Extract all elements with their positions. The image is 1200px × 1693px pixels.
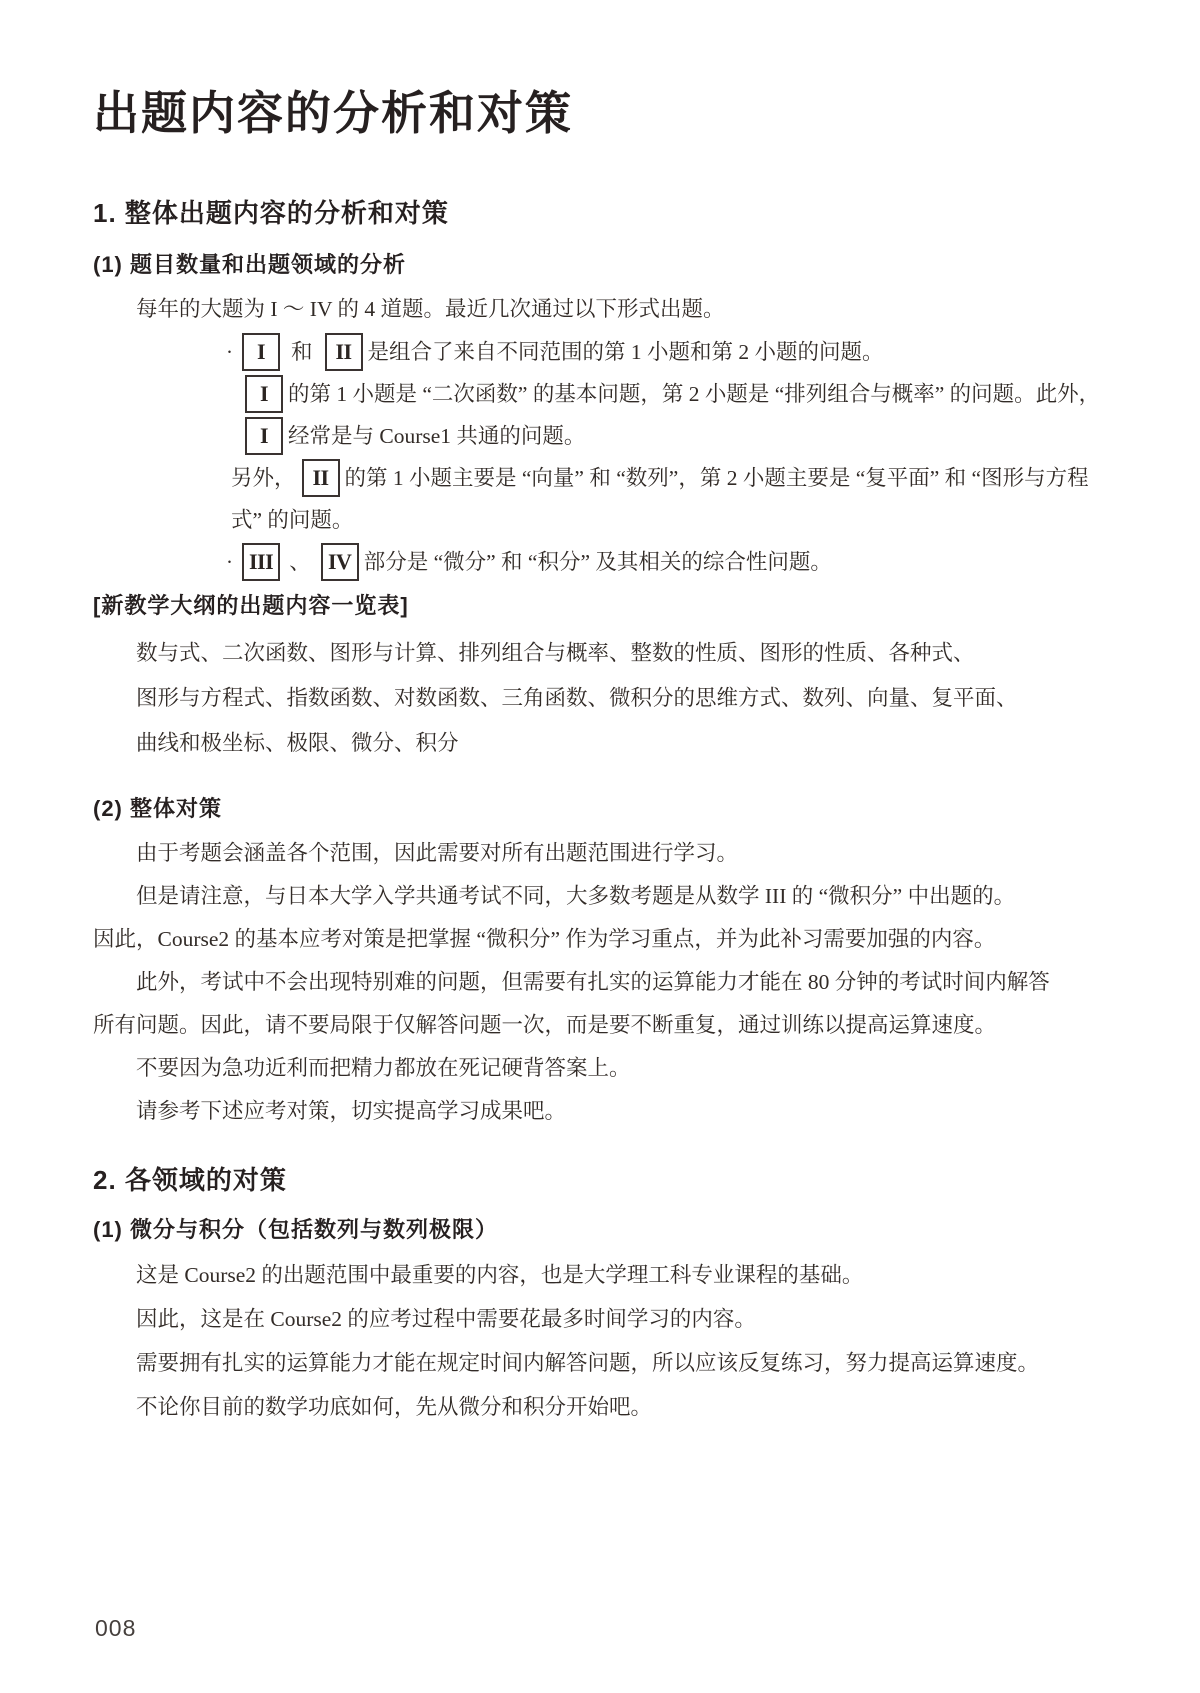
paragraph-line: 由于考题会涵盖各个范围，因此需要对所有出题范围进行学习。 [93, 832, 1105, 875]
paragraph-line: 这是 Course2 的出题范围中最重要的内容，也是大学理工科专业课程的基础。 [93, 1253, 1105, 1297]
roman-box-III: III [242, 543, 280, 581]
paragraph-line: 不要因为急功近利而把精力都放在死记硬背答案上。 [93, 1047, 1105, 1090]
separator-text: 、 [289, 541, 311, 583]
bullet-dot: · [226, 550, 242, 575]
section-1-2-heading: (2) 整体对策 [93, 794, 1105, 824]
bullet-text: 的第 1 小题主要是 “向量” 和 “数列”，第 2 小题主要是 “复平面” 和… [345, 457, 1089, 499]
page-number: 008 [95, 1615, 136, 1642]
topic-list-line: 图形与方程式、指数函数、对数函数、三角函数、微积分的思维方式、数列、向量、复平面… [93, 676, 1105, 721]
paragraph-line: 所有问题。因此，请不要局限于仅解答问题一次，而是要不断重复，通过训练以提高运算速… [93, 1004, 1105, 1047]
paragraph-line: 但是请注意，与日本大学入学共通考试不同，大多数考题是从数学 III 的 “微积分… [93, 875, 1105, 918]
bullet-continuation: I 的第 1 小题是 “二次函数” 的基本问题，第 2 小题是 “排列组合与概率… [93, 373, 1105, 415]
roman-box-II: II [325, 333, 363, 371]
paragraph-line: 因此，这是在 Course2 的应考过程中需要花最多时间学习的内容。 [93, 1297, 1105, 1341]
bullet-continuation: I 经常是与 Course1 共通的问题。 [93, 415, 1105, 457]
bullet-continuation: 式” 的问题。 [93, 499, 1105, 541]
bullet-item: · III 、 IV 部分是 “微分” 和 “积分” 及其相关的综合性问题。 [93, 541, 1105, 583]
topic-list-line: 数与式、二次函数、图形与计算、排列组合与概率、整数的性质、图形的性质、各种式、 [93, 631, 1105, 676]
bullet-text: 式” 的问题。 [231, 499, 353, 541]
intro-paragraph: 每年的大题为 I ～ IV 的 4 道题。最近几次通过以下形式出题。 [93, 288, 1105, 331]
paragraph-line: 需要拥有扎实的运算能力才能在规定时间内解答问题，所以应该反复练习，努力提高运算速… [93, 1341, 1105, 1385]
bullet-item: · I 和 II 是组合了来自不同范围的第 1 小题和第 2 小题的问题。 [93, 331, 1105, 373]
bullet-text: 的第 1 小题是 “二次函数” 的基本问题，第 2 小题是 “排列组合与概率” … [288, 373, 1100, 415]
bullet-text: 经常是与 Course1 共通的问题。 [288, 415, 585, 457]
document-page: 出题内容的分析和对策 1. 整体出题内容的分析和对策 (1) 题目数量和出题领域… [0, 0, 1200, 1693]
topic-list-line: 曲线和极坐标、极限、微分、积分 [93, 721, 1105, 766]
bullet-text-prefix: 另外， [231, 457, 296, 499]
conjunction-text: 和 [291, 331, 313, 373]
calculus-strategy-paragraphs: 这是 Course2 的出题范围中最重要的内容，也是大学理工科专业课程的基础。 … [93, 1253, 1105, 1429]
syllabus-topic-list: 数与式、二次函数、图形与计算、排列组合与概率、整数的性质、图形的性质、各种式、 … [93, 631, 1105, 766]
bullet-text: 部分是 “微分” 和 “积分” 及其相关的综合性问题。 [364, 541, 832, 583]
bullet-continuation: 另外， II 的第 1 小题主要是 “向量” 和 “数列”，第 2 小题主要是 … [93, 457, 1105, 499]
section-2-heading: 2. 各领域的对策 [93, 1163, 1105, 1197]
paragraph-line: 不论你目前的数学功底如何，先从微分和积分开始吧。 [93, 1385, 1105, 1429]
bullet-text: 是组合了来自不同范围的第 1 小题和第 2 小题的问题。 [368, 331, 884, 373]
roman-box-IV: IV [321, 543, 359, 581]
section-1-1-heading: (1) 题目数量和出题领域的分析 [93, 250, 1105, 280]
bullet-list: · I 和 II 是组合了来自不同范围的第 1 小题和第 2 小题的问题。 I … [93, 331, 1105, 583]
paragraph-line: 每年的大题为 I ～ IV 的 4 道题。最近几次通过以下形式出题。 [93, 288, 1105, 331]
paragraph-line: 因此，Course2 的基本应考对策是把掌握 “微积分” 作为学习重点，并为此补… [93, 918, 1105, 961]
section-2-1-heading: (1) 微分与积分（包括数列与数列极限） [93, 1215, 1105, 1245]
overall-strategy-paragraphs: 由于考题会涵盖各个范围，因此需要对所有出题范围进行学习。 但是请注意，与日本大学… [93, 832, 1105, 1133]
bullet-dot: · [226, 340, 242, 365]
roman-box-I: I [245, 417, 283, 455]
section-1-heading: 1. 整体出题内容的分析和对策 [93, 196, 1105, 230]
paragraph-line: 请参考下述应考对策，切实提高学习成果吧。 [93, 1090, 1105, 1133]
paragraph-line: 此外，考试中不会出现特别难的问题，但需要有扎实的运算能力才能在 80 分钟的考试… [93, 961, 1105, 1004]
roman-box-I: I [242, 333, 280, 371]
page-title: 出题内容的分析和对策 [93, 84, 1105, 142]
syllabus-list-heading: [新教学大纲的出题内容一览表] [93, 591, 1105, 621]
roman-box-II: II [302, 459, 340, 497]
roman-box-I: I [245, 375, 283, 413]
